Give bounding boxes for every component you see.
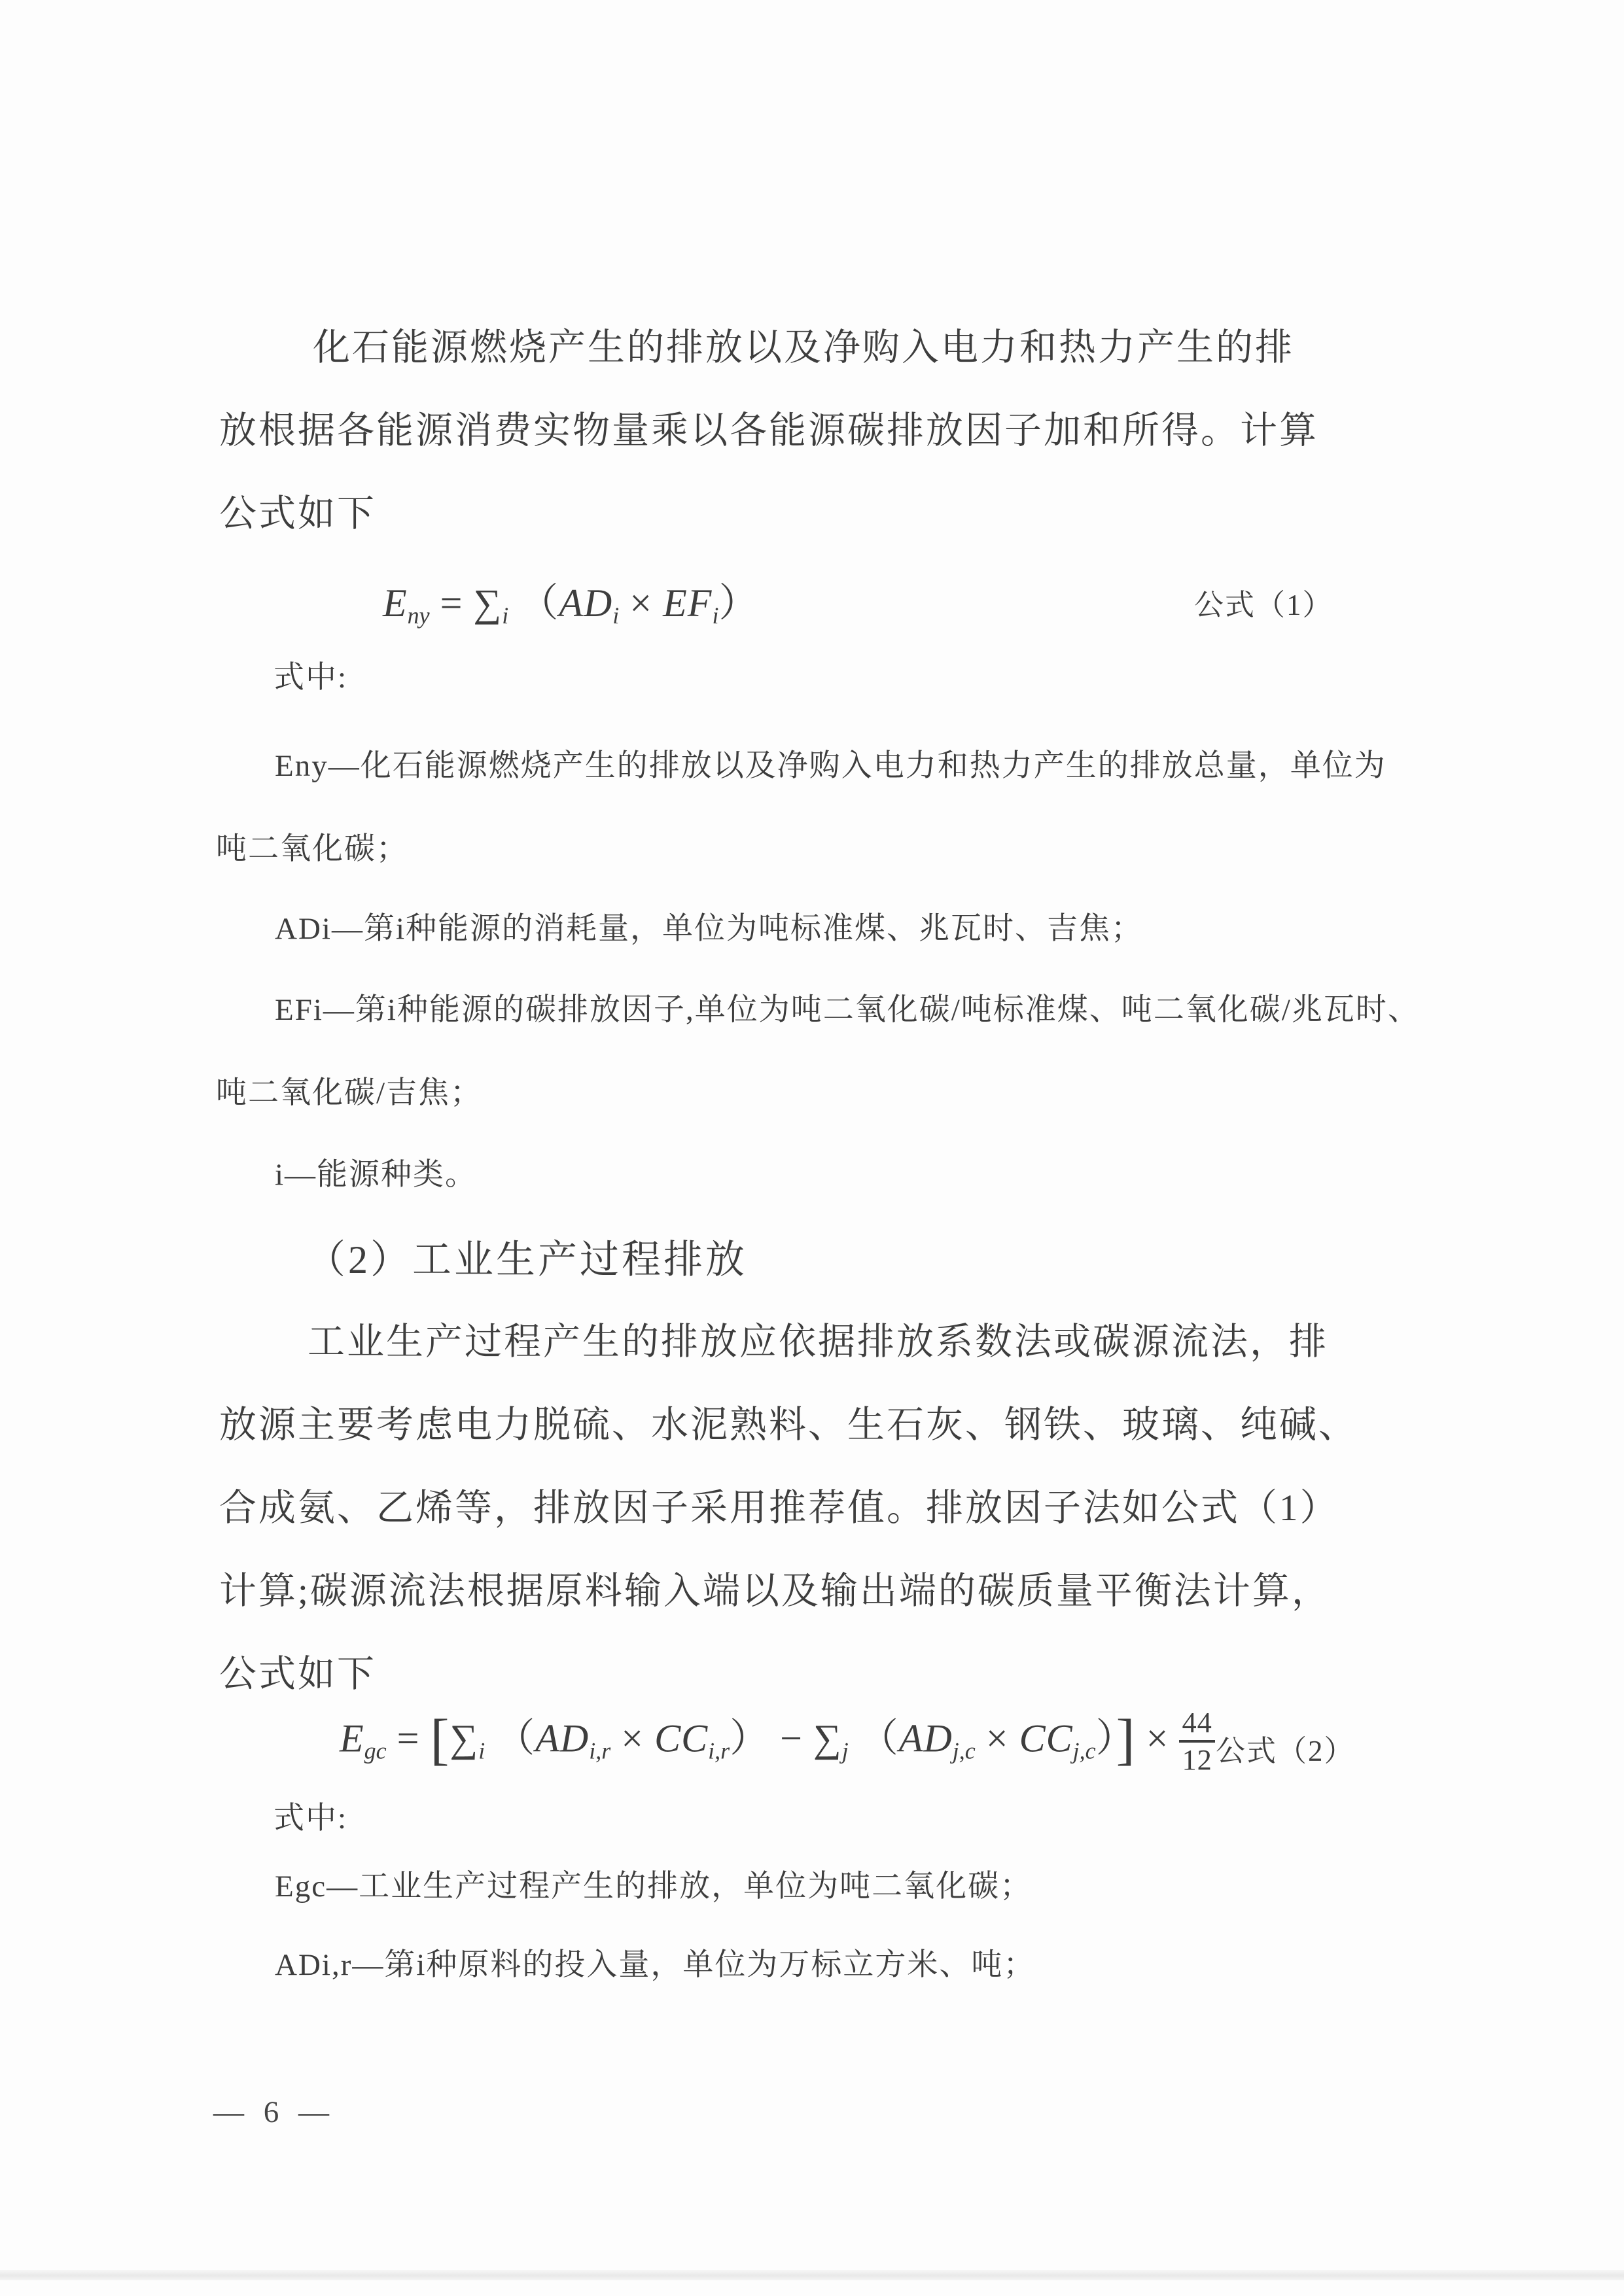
- paragraph-2-line-1: 工业生产过程产生的排放应依据排放系数法或碳源流法，排: [308, 1320, 1328, 1365]
- paragraph-1-line-1: 化石能源燃烧产生的排放以及净购入电力和热力产生的排: [313, 326, 1294, 370]
- paragraph-1-line-3: 公式如下: [219, 492, 376, 536]
- page-number: — 6 —: [213, 2095, 335, 2130]
- scan-edge-artifact: [0, 2270, 1624, 2280]
- where-label-2: 式中:: [274, 1800, 347, 1837]
- formula-2-label: 公式（2）: [1216, 1727, 1355, 1769]
- formula-1: Eny = ∑i （ADi × EFi）: [383, 572, 758, 629]
- where-label-1: 式中:: [274, 659, 347, 696]
- formula-2: Egc = [∑i （ADi,r × CCi,r） − ∑j （ADj,c × …: [340, 1706, 1215, 1775]
- paragraph-1-line-2: 放根据各能源消费实物量乘以各能源碳排放因子加和所得。计算: [219, 409, 1318, 453]
- definition-eny-line-1: Eny—化石能源燃烧产生的排放以及净购入电力和热力产生的排放总量，单位为: [275, 748, 1386, 784]
- paragraph-2-line-5: 公式如下: [219, 1652, 376, 1697]
- definition-efi-line-1: EFi—第i种能源的碳排放因子,单位为吨二氧化碳/吨标准煤、吨二氧化碳/兆瓦时、: [275, 992, 1420, 1028]
- definition-adi-line-1: ADi—第i种能源的消耗量，单位为吨标准煤、兆瓦时、吉焦；: [275, 911, 1143, 947]
- document-page: 化石能源燃烧产生的排放以及净购入电力和热力产生的排 放根据各能源消费实物量乘以各…: [0, 0, 1624, 2296]
- paragraph-2-line-3: 合成氨、乙烯等，排放因子采用推荐值。排放因子法如公式（1）: [219, 1486, 1339, 1531]
- definition-efi-line-2: 吨二氧化碳/吉焦；: [216, 1075, 482, 1111]
- formula-1-label: 公式（1）: [1194, 581, 1333, 623]
- definition-eny-line-2: 吨二氧化碳；: [216, 831, 408, 867]
- definition-i-line-1: i—能源种类。: [275, 1157, 477, 1193]
- definition-adir-line-1: ADi,r—第i种原料的投入量，单位为万标立方米、吨；: [275, 1947, 1035, 1983]
- paragraph-2-line-4: 计算;碳源流法根据原料输入端以及输出端的碳质量平衡法计算，: [219, 1569, 1331, 1614]
- paragraph-2-line-2: 放源主要考虑电力脱硫、水泥熟料、生石灰、钢铁、玻璃、纯碱、: [219, 1403, 1358, 1448]
- definition-egc-line-1: Egc—工业生产过程产生的排放，单位为吨二氧化碳；: [275, 1868, 1032, 1905]
- section-2-heading: （2）工业生产过程排放: [306, 1228, 747, 1285]
